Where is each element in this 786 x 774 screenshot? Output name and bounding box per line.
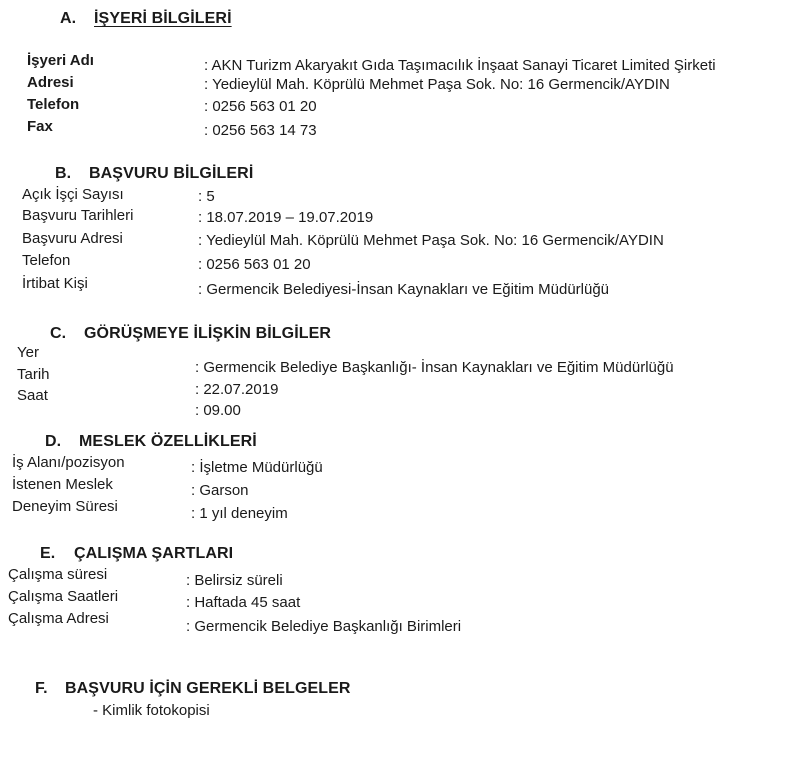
field-label: Çalışma Saatleri <box>8 588 118 605</box>
field-label: Deneyim Süresi <box>12 498 118 515</box>
field-value: : Garson <box>191 482 249 499</box>
field-label: Çalışma Adresi <box>8 610 109 627</box>
field-value: : Yedieylül Mah. Köprülü Mehmet Paşa Sok… <box>204 76 670 93</box>
field-value: : Germencik Belediyesi-İnsan Kaynakları … <box>198 281 609 298</box>
field-value: : AKN Turizm Akaryakıt Gıda Taşımacılık … <box>204 57 716 74</box>
field-label: Başvuru Adresi <box>22 230 123 247</box>
section-heading: A.İŞYERİ BİLGİLERİ <box>60 10 232 28</box>
field-value: : 22.07.2019 <box>195 381 278 398</box>
section-heading: D.MESLEK ÖZELLİKLERİ <box>45 433 257 451</box>
field-label: İş Alanı/pozisyon <box>12 454 125 471</box>
section-title: MESLEK ÖZELLİKLERİ <box>79 433 257 450</box>
field-label: Başvuru Tarihleri <box>22 207 133 224</box>
field-label: Yer <box>17 344 39 361</box>
field-value: : Yedieylül Mah. Köprülü Mehmet Paşa Sok… <box>198 232 664 249</box>
field-value: : Germencik Belediye Başkanlığı- İnsan K… <box>195 359 674 376</box>
field-value: : 5 <box>198 188 215 205</box>
section-letter: E. <box>40 545 74 563</box>
section-letter: A. <box>60 10 94 28</box>
field-label: Tarih <box>17 366 50 383</box>
field-label: Açık İşçi Sayısı <box>22 186 124 203</box>
field-label: Saat <box>17 387 48 404</box>
section-heading: F.BAŞVURU İÇİN GEREKLİ BELGELER <box>35 680 351 698</box>
field-label: Çalışma süresi <box>8 566 107 583</box>
section-letter: C. <box>50 325 84 343</box>
section-heading: E.ÇALIŞMA ŞARTLARI <box>40 545 233 563</box>
section-title: ÇALIŞMA ŞARTLARI <box>74 545 233 562</box>
section-title: İŞYERİ BİLGİLERİ <box>94 10 232 27</box>
field-value: : 0256 563 01 20 <box>198 256 311 273</box>
section-heading: C.GÖRÜŞMEYE İLİŞKİN BİLGİLER <box>50 325 331 343</box>
field-label: Adresi <box>27 74 74 91</box>
field-label: İşyeri Adı <box>27 52 94 69</box>
field-value: : 0256 563 14 73 <box>204 122 317 139</box>
section-letter: B. <box>55 165 89 183</box>
field-label: İrtibat Kişi <box>22 275 88 292</box>
section-heading: B.BAŞVURU BİLGİLERİ <box>55 165 253 183</box>
section-letter: D. <box>45 433 79 451</box>
field-value: : Germencik Belediye Başkanlığı Birimler… <box>186 618 461 635</box>
field-value: : 0256 563 01 20 <box>204 98 317 115</box>
field-value: : 18.07.2019 – 19.07.2019 <box>198 209 373 226</box>
field-label: İstenen Meslek <box>12 476 113 493</box>
field-value: : Haftada 45 saat <box>186 594 300 611</box>
field-label: Telefon <box>27 96 79 113</box>
field-value: : 09.00 <box>195 402 241 419</box>
field-value: : İşletme Müdürlüğü <box>191 459 323 476</box>
field-label: Fax <box>27 118 53 135</box>
field-value: : 1 yıl deneyim <box>191 505 288 522</box>
section-title: BAŞVURU BİLGİLERİ <box>89 165 253 182</box>
section-letter: F. <box>35 680 65 698</box>
field-value: : Belirsiz süreli <box>186 572 283 589</box>
section-title: BAŞVURU İÇİN GEREKLİ BELGELER <box>65 680 351 697</box>
field-label: Telefon <box>22 252 70 269</box>
section-title: GÖRÜŞMEYE İLİŞKİN BİLGİLER <box>84 325 331 342</box>
required-document-item: - Kimlik fotokopisi <box>93 702 210 719</box>
